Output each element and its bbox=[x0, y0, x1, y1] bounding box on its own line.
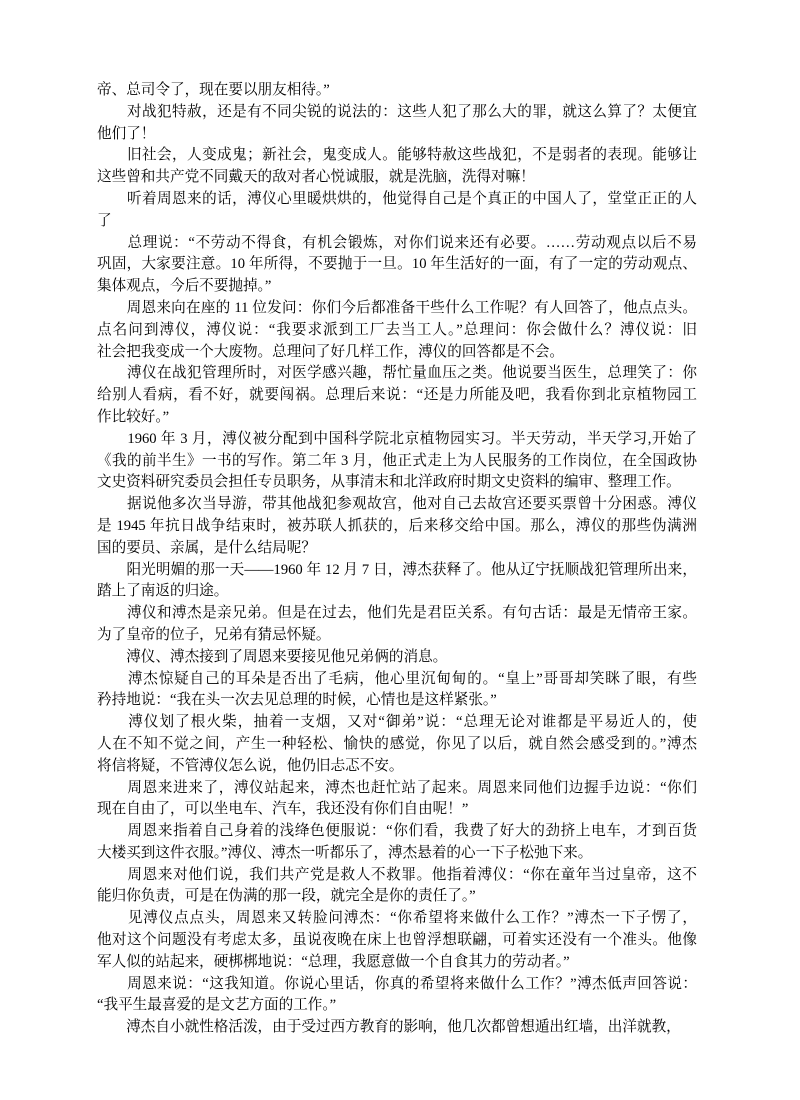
text-line: 军人似的站起来，硬梆梆地说：“总理，我愿意做一个自食其力的劳动者。” bbox=[97, 952, 697, 974]
text-line: 溥仪划了根火柴，抽着一支烟，又对“御弟”说：“总理无论对谁都是平易近人的，使 bbox=[97, 712, 697, 734]
text-line: 他们了！ bbox=[97, 124, 697, 146]
text-line: 周恩来对他们说，我们共产党是救人不救罪。他指着溥仪：“你在童年当过皇帝，这不 bbox=[97, 865, 697, 887]
text-line: 矜持地说：“我在头一次去见总理的时候，心情也是这样紧张。” bbox=[97, 690, 697, 712]
text-line: 踏上了南返的归途。 bbox=[97, 581, 697, 603]
text-line: 帝、总司令了，现在要以朋友相待。” bbox=[97, 80, 697, 102]
text-line: 溥杰惊疑自己的耳朵是否出了毛病，他心里沉甸甸的。“皇上”哥哥却笑眯了眼，有些 bbox=[97, 669, 697, 691]
text-line: 能归你负责，可是在伪满的那一段，就完全是你的责任了。” bbox=[97, 886, 697, 908]
text-line: 点名问到溥仪，溥仪说：“我要求派到工厂去当工人。”总理问：你会做什么？溥仪说：旧 bbox=[97, 320, 697, 342]
text-line: 周恩来指着自己身着的浅绛色便服说：“你们看，我费了好大的劲挤上电车，才到百货 bbox=[97, 821, 697, 843]
text-line: 溥仪和溥杰是亲兄弟。但是在过去，他们先是君臣关系。有句古话：最是无情帝王家。 bbox=[97, 603, 697, 625]
text-line: 作比较好。” bbox=[97, 407, 697, 429]
text-line: 见溥仪点点头，周恩来又转脸问溥杰：“你希望将来做什么工作？”溥杰一下子愣了， bbox=[97, 908, 697, 930]
text-line: 将信将疑，不管溥仪怎么说，他仍旧忐忑不安。 bbox=[97, 756, 697, 778]
text-line: 是 1945 年抗日战争结束时，被苏联人抓获的，后来移交给中国。那么，溥仪的那些… bbox=[97, 516, 697, 538]
text-line: 溥仪在战犯管理所时，对医学感兴趣，帮忙量血压之类。他说要当医生，总理笑了：你 bbox=[97, 363, 697, 385]
text-line: 溥杰自小就性格活泼，由于受过西方教育的影响，他几次都曾想遁出红墙，出洋就教， bbox=[97, 1017, 697, 1039]
text-block: 帝、总司令了，现在要以朋友相待。” 对战犯特赦，还是有不同尖锐的说法的：这些人犯… bbox=[97, 80, 697, 1039]
text-line: 巩固，大家要注意。10 年所得，不要抛于一旦。10 年生活好的一面，有了一定的劳… bbox=[97, 254, 697, 276]
text-line: 溥仪、溥杰接到了周恩来要接见他兄弟俩的消息。 bbox=[97, 647, 697, 669]
text-line: 给别人看病，看不好，就要闯祸。总理后来说：“还是力所能及吧，我看你到北京植物园工 bbox=[97, 385, 697, 407]
text-line: 总理说：“不劳动不得食，有机会锻炼，对你们说来还有必要。……劳动观点以后不易 bbox=[97, 233, 697, 255]
text-line: 人在不知不觉之间，产生一种轻松、愉快的感觉，你见了以后，就自然会感受到的。”溥杰 bbox=[97, 734, 697, 756]
text-line: 集体观点，今后不要抛掉。” bbox=[97, 276, 697, 298]
text-line: 了 bbox=[97, 211, 697, 233]
text-line: 现在自由了，可以坐电车、汽车，我还没有你们自由呢！” bbox=[97, 799, 697, 821]
text-line: 周恩来向在座的 11 位发问：你们今后都准备干些什么工作呢？有人回答了，他点点头… bbox=[97, 298, 697, 320]
text-line: 旧社会，人变成鬼；新社会，鬼变成人。能够特赦这些战犯，不是弱者的表现。能够让 bbox=[97, 145, 697, 167]
text-line: 社会把我变成一个大废物。总理问了好几样工作，溥仪的回答都是不会。 bbox=[97, 342, 697, 364]
text-line: 为了皇帝的位子，兄弟有猜忌怀疑。 bbox=[97, 625, 697, 647]
text-line: 周恩来进来了，溥仪站起来，溥杰也赶忙站了起来。周恩来同他们边握手边说：“你们 bbox=[97, 778, 697, 800]
text-line: 这些曾和共产党不同戴天的敌对者心悦诚服，就是洗脑，洗得对嘛！ bbox=[97, 167, 697, 189]
text-line: 1960 年 3 月，溥仪被分配到中国科学院北京植物园实习。半天劳动，半天学习,… bbox=[97, 429, 697, 451]
text-line: 周恩来说：“这我知道。你说心里话，你真的希望将来做什么工作？”溥杰低声回答说： bbox=[97, 974, 697, 996]
text-line: 听着周恩来的话，溥仪心里暖烘烘的，他觉得自己是个真正的中国人了，堂堂正正的人 bbox=[97, 189, 697, 211]
document-page: 帝、总司令了，现在要以朋友相待。” 对战犯特赦，还是有不同尖锐的说法的：这些人犯… bbox=[0, 0, 800, 1100]
text-line: 文史资料研究委员会担任专员职务，从事清末和北洋政府时期文史资料的编审、整理工作。 bbox=[97, 472, 697, 494]
text-line: 国的要员、亲属，是什么结局呢？ bbox=[97, 538, 697, 560]
text-line: 对战犯特赦，还是有不同尖锐的说法的：这些人犯了那么大的罪，就这么算了？太便宜 bbox=[97, 102, 697, 124]
text-line: “我平生最喜爱的是文艺方面的工作。” bbox=[97, 995, 697, 1017]
text-line: 《我的前半生》一书的写作。第二年 3 月，他正式走上为人民服务的工作岗位，在全国… bbox=[97, 451, 697, 473]
text-line: 阳光明媚的那一天——1960 年 12 月 7 日，溥杰获释了。他从辽宁抚顺战犯… bbox=[97, 560, 697, 582]
text-line: 他对这个问题没有考虑太多，虽说夜晚在床上也曾浮想联翩，可着实还没有一个准头。他像 bbox=[97, 930, 697, 952]
text-line: 据说他多次当导游，带其他战犯参观故宫，他对自己去故宫还要买票曾十分困惑。溥仪 bbox=[97, 494, 697, 516]
text-line: 大楼买到这件衣服。”溥仪、溥杰一听都乐了，溥杰悬着的心一下子松弛下来。 bbox=[97, 843, 697, 865]
